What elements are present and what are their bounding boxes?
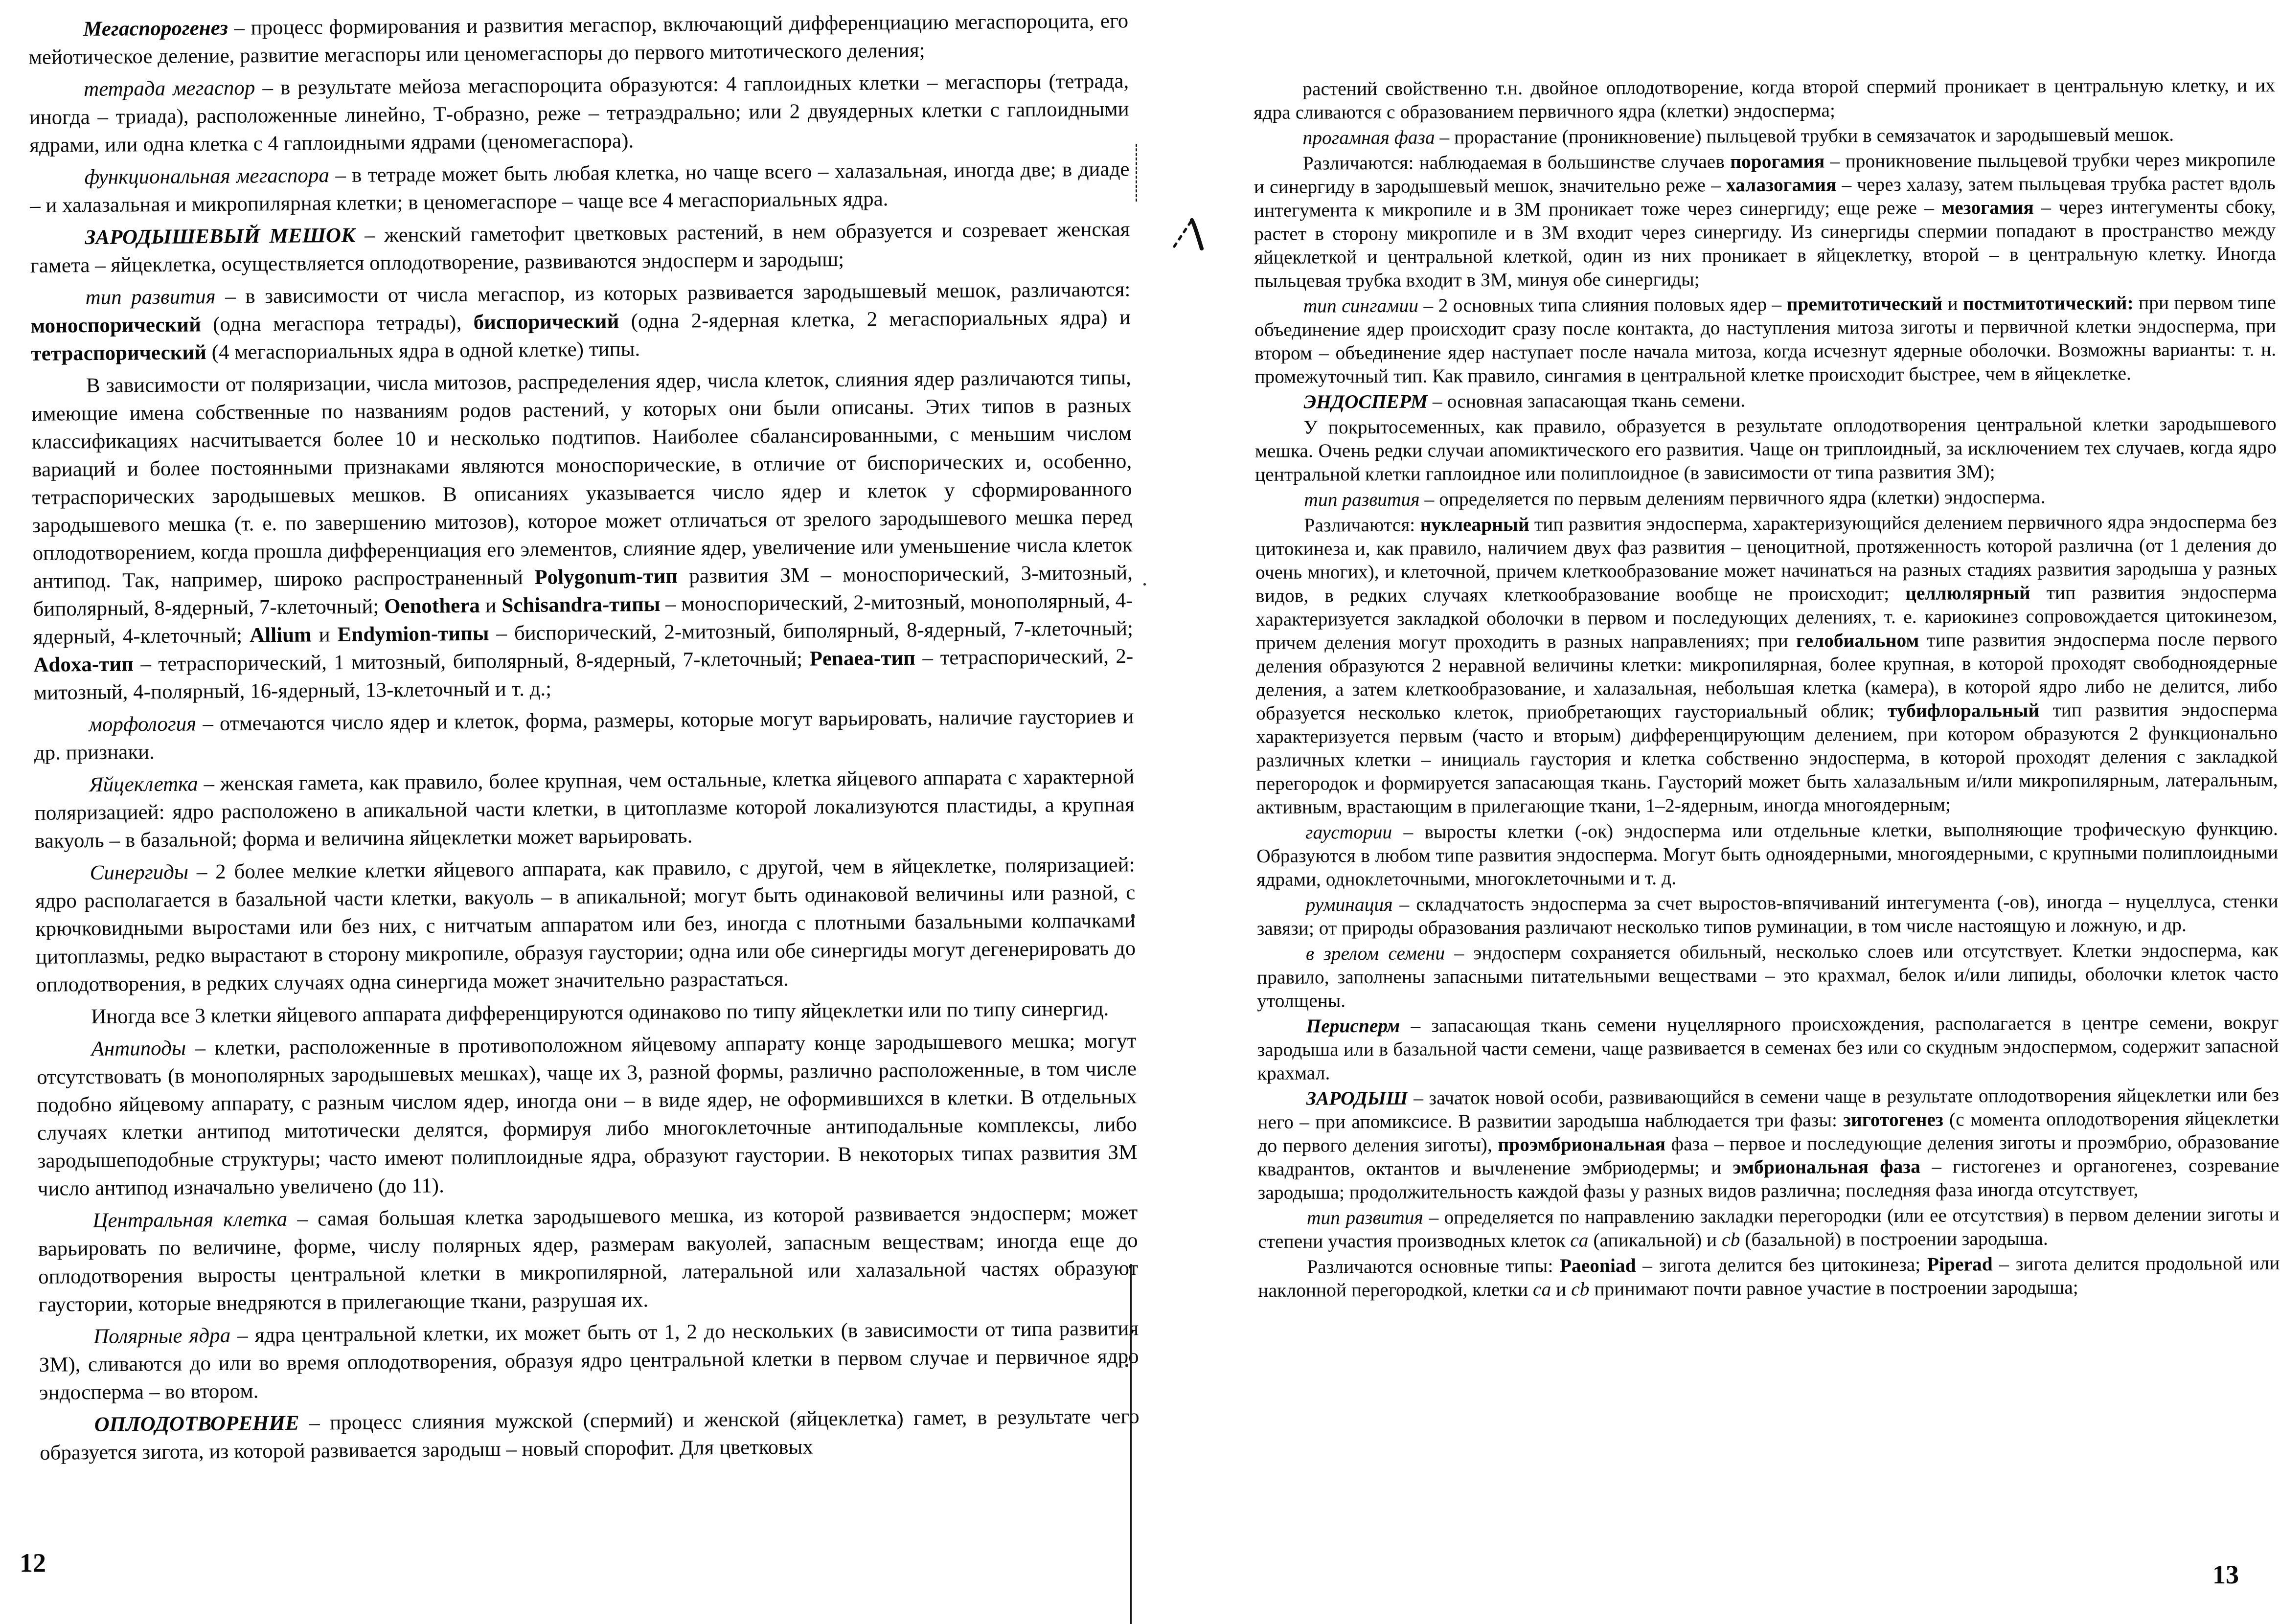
- paragraph: Различаются основные типы: Paeoniad – зи…: [1258, 1251, 2280, 1302]
- body-text: – биспорический, 2-митозный, биполярный,…: [489, 617, 1133, 645]
- body-text: – прорастание (проникновение) пыльцевой …: [1435, 124, 2174, 148]
- term-text: Центральная клетка: [92, 1208, 287, 1232]
- term-text: проэмбриональная: [1498, 1133, 1665, 1155]
- term-text: халазогамия: [1726, 174, 1837, 196]
- paragraph: Центральная клетка – самая большая клетк…: [38, 1198, 1139, 1319]
- body-text: – определяется по первым делениям первич…: [1420, 486, 2046, 510]
- term-text: Oenothera: [384, 594, 480, 618]
- term-text: целлюлярный: [1905, 582, 2030, 604]
- term-text: моноспорический: [31, 313, 201, 338]
- term-text: Синергиды: [90, 860, 189, 884]
- term-text: ЗАРОДЫШ: [1306, 1087, 1408, 1109]
- term-text: эмбриональная фаза: [1733, 1156, 1920, 1178]
- paragraph: функциональная мегаспора – в тетраде мож…: [29, 155, 1130, 220]
- term-text: ЗАРОДЫШЕВЫЙ МЕШОК: [85, 224, 355, 249]
- paragraph: растений свойственно т.н. двойное оплодо…: [1254, 73, 2275, 124]
- term-text: руминация: [1305, 894, 1392, 916]
- body-text: – в зависимости от числа мегаспор, из ко…: [215, 278, 1130, 308]
- paragraph: в зрелом семени – эндосперм сохраняется …: [1257, 938, 2279, 1013]
- body-text: Различаются основные типы:: [1307, 1255, 1560, 1278]
- body-text: – выросты клетки (-ок) эндосперма или от…: [1256, 818, 2278, 890]
- paragraph: Антиподы – клетки, расположенные в проти…: [36, 1027, 1138, 1203]
- paragraph: Синергиды – 2 более мелкие клетки яйцево…: [35, 851, 1136, 999]
- body-text: – клетки, расположенные в противоположно…: [37, 1029, 1138, 1200]
- term-text: тетраспорический: [31, 341, 206, 365]
- paragraph: Полярные ядра – ядра центральной клетки,…: [39, 1314, 1139, 1407]
- term-text: тубифлоральный: [1888, 699, 2040, 722]
- paragraph: У покрытосеменных, как правило, образует…: [1255, 412, 2277, 486]
- term-text: функциональная мегаспора: [84, 164, 329, 189]
- term-text: Schisandra-типы: [502, 593, 660, 617]
- body-text: принимают почти равное участие в построе…: [1589, 1277, 2078, 1300]
- paragraph: Различаются: нуклеарный тип развития энд…: [1255, 510, 2278, 819]
- scan-speck: [1143, 583, 1146, 586]
- body-text: – запасающая ткань семени нуцеллярного п…: [1257, 1012, 2279, 1084]
- paragraph: Мегаспорогенез – процесс формирования и …: [28, 7, 1129, 71]
- handwritten-check-mark-icon: [1170, 213, 1217, 251]
- term-text: Adoxa-тип: [33, 653, 134, 677]
- paragraph: тип развития – определяется по первым де…: [1255, 484, 2277, 512]
- scan-speck: [1125, 1364, 1128, 1367]
- body-text: и: [1942, 293, 1963, 314]
- page-number-left: 12: [20, 1548, 46, 1578]
- term-text: Яйцеклетка: [89, 772, 198, 796]
- term-text: cb: [1722, 1229, 1740, 1250]
- body-text: Различаются:: [1304, 514, 1420, 536]
- paragraph: тип развития – определяется по направлен…: [1258, 1202, 2280, 1253]
- body-text: и: [1551, 1279, 1571, 1300]
- paragraph: Яйцеклетка – женская гамета, как правило…: [34, 763, 1135, 855]
- term-text: Piperad: [1927, 1253, 1993, 1275]
- body-text: – женская гамета, как правило, более кру…: [35, 765, 1135, 853]
- paragraph: тетрада мегаспор – в результате мейоза м…: [29, 67, 1129, 159]
- paragraph: морфология – отмечаются число ядер и кле…: [34, 702, 1134, 767]
- body-text: и: [312, 623, 338, 646]
- gutter-dashed-fold-line: [1136, 144, 1137, 202]
- term-text: тип развития: [1304, 489, 1420, 511]
- term-text: постмитотический:: [1963, 292, 2134, 314]
- term-text: тетрада мегаспор: [84, 76, 255, 101]
- scan-speck: [1131, 914, 1135, 918]
- body-text: и: [480, 594, 502, 617]
- body-text: – зигота делится без цитокинеза;: [1636, 1254, 1927, 1276]
- body-text: – 2 более мелкие клетки яйцевого аппарат…: [35, 853, 1136, 996]
- term-text: зиготогенез: [1843, 1109, 1943, 1131]
- paragraph: тип развития – в зависимости от числа ме…: [30, 275, 1131, 368]
- term-text: Allium: [250, 623, 312, 647]
- paragraph: ЗАРОДЫШЕВЫЙ МЕШОК – женский гаметофит цв…: [30, 215, 1130, 280]
- term-text: прогамная фаза: [1302, 127, 1435, 149]
- paragraph: ЗАРОДЫШ – зачаток новой особи, развивающ…: [1257, 1083, 2280, 1204]
- body-text: (одна 2-ядерная клетка, 2 мегаспориальны…: [619, 306, 1131, 333]
- paragraph: руминация – складчатость эндосперма за с…: [1256, 889, 2278, 940]
- body-text: Различаются: наблюдаемая в большинстве с…: [1303, 151, 1731, 174]
- body-text: (одна мегаспора тетрады),: [201, 311, 474, 336]
- term-text: ca: [1570, 1229, 1588, 1251]
- paragraph: гаустории – выросты клетки (-ок) эндоспе…: [1256, 817, 2279, 891]
- term-text: ЭНДОСПЕРМ: [1303, 391, 1428, 413]
- paragraph: Перисперм – запасающая ткань семени нуце…: [1257, 1011, 2279, 1085]
- body-text: Иногда все 3 клетки яйцевого аппарата ди…: [91, 997, 1109, 1028]
- body-text: В зависимости от поляризации, числа мито…: [31, 366, 1133, 593]
- term-text: тип сингамии: [1303, 295, 1418, 317]
- body-text: – тетраспорический, 1 митозный, биполярн…: [134, 648, 810, 676]
- body-text: (4 мегаспориальных ядра в одной клетке) …: [206, 338, 640, 364]
- term-text: биспорический: [474, 310, 619, 334]
- term-text: Paeoniad: [1560, 1255, 1636, 1277]
- term-text: cb: [1571, 1278, 1589, 1300]
- paragraph: тип сингамии – 2 основных типа слияния п…: [1254, 291, 2277, 388]
- term-text: Penaea-тип: [809, 647, 915, 671]
- body-text: У покрытосеменных, как правило, образует…: [1255, 413, 2277, 485]
- paragraph: прогамная фаза – прорастание (проникнове…: [1254, 122, 2275, 150]
- term-text: в зрелом семени: [1306, 943, 1445, 965]
- term-text: ca: [1533, 1279, 1551, 1300]
- term-text: Мегаспорогенез: [83, 17, 228, 41]
- term-text: Polygonum-тип: [534, 565, 678, 589]
- body-text: растений свойственно т.н. двойное оплодо…: [1254, 74, 2275, 123]
- term-text: Антиподы: [91, 1037, 186, 1061]
- paragraph: ОПЛОДОТВОРЕНИЕ – процесс слияния мужской…: [39, 1402, 1140, 1467]
- body-text: – 2 основных типа слияния половых ядер –: [1418, 293, 1787, 316]
- body-text: (апикальной) и: [1588, 1229, 1722, 1251]
- term-text: ОПЛОДОТВОРЕНИЕ: [94, 1412, 299, 1436]
- term-text: тип развития: [1307, 1207, 1423, 1229]
- gutter-fold-line: [1130, 1264, 1132, 1624]
- paragraph: Различаются: наблюдаемая в большинстве с…: [1254, 148, 2276, 293]
- body-text: – складчатость эндосперма за счет вырост…: [1257, 890, 2279, 939]
- page-number-right: 13: [2212, 1559, 2239, 1590]
- term-text: гаустории: [1305, 821, 1392, 843]
- term-text: гелобиальном: [1796, 630, 1919, 652]
- page-13-text: растений свойственно т.н. двойное оплодо…: [1254, 73, 2280, 1304]
- paragraph: Иногда все 3 клетки яйцевого аппарата ди…: [36, 994, 1136, 1031]
- body-text: (базальной) в построении зародыша.: [1740, 1228, 2048, 1250]
- term-text: нуклеарный: [1420, 514, 1529, 536]
- term-text: Полярные ядра: [93, 1324, 230, 1348]
- page-12-text: Мегаспорогенез – процесс формирования и …: [28, 7, 1140, 1471]
- paragraph: ЭНДОСПЕРМ – основная запасающая ткань се…: [1254, 386, 2276, 414]
- body-text: – основная запасающая ткань семени.: [1428, 389, 1745, 412]
- term-text: Endymion-типы: [338, 622, 489, 646]
- term-text: тип развития: [85, 285, 215, 309]
- paragraph: В зависимости от поляризации, числа мито…: [31, 363, 1134, 707]
- term-text: порогамия: [1730, 151, 1824, 173]
- term-text: морфология: [89, 712, 196, 736]
- body-text: – отмечаются число ядер и клеток, форма,…: [34, 705, 1134, 765]
- term-text: мезогамия: [1941, 197, 2034, 219]
- term-text: премитотический: [1787, 293, 1942, 315]
- term-text: Перисперм: [1306, 1015, 1400, 1037]
